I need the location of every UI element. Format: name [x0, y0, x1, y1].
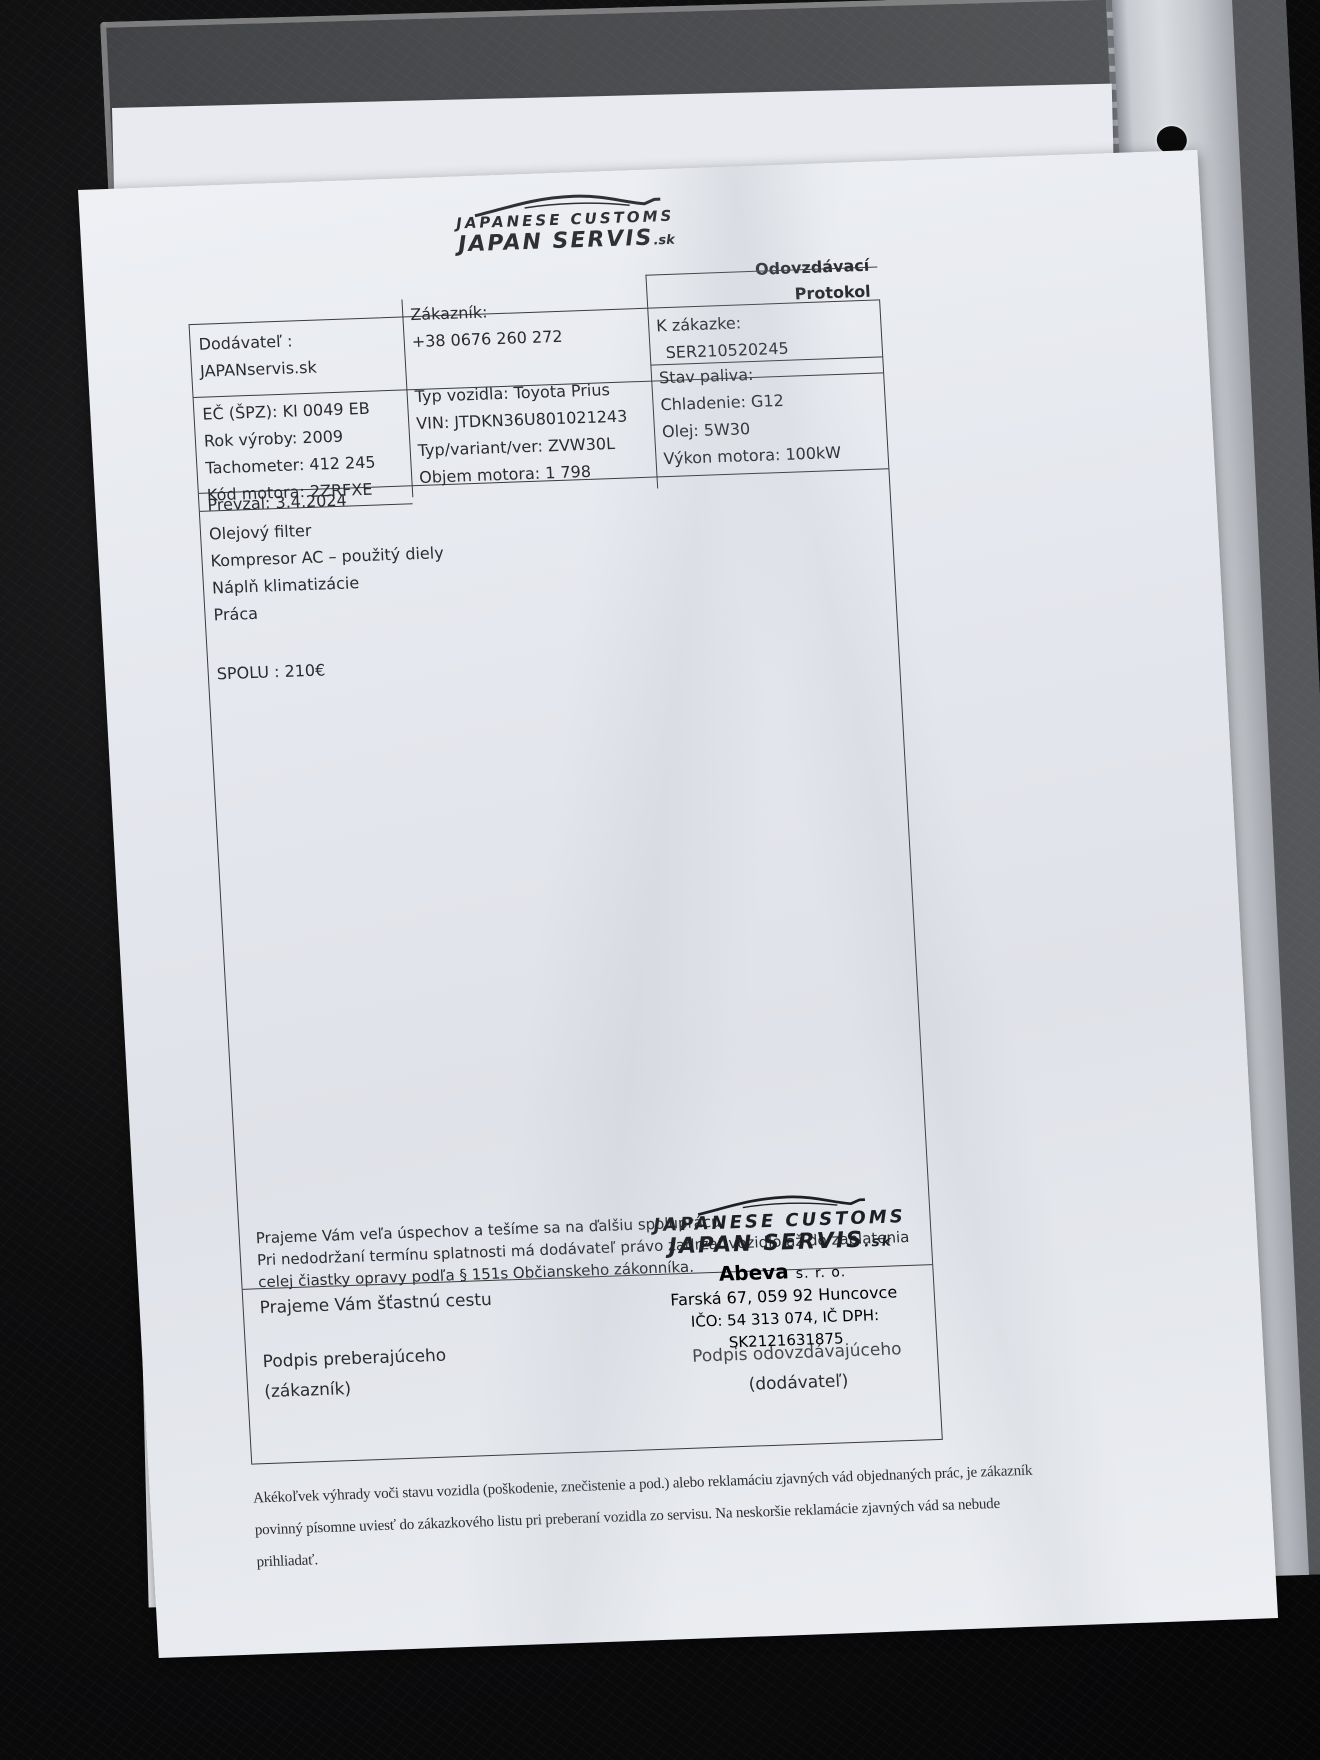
photo-scene: JAPANESE CUSTOMS JAPAN SERVIS.sk Odovzdá…: [0, 0, 1320, 1760]
stamp-logo-suffix: .sk: [864, 1234, 894, 1251]
disclaimer: Akékoľvek výhrady voči stavu vozidla (po…: [252, 1454, 1057, 1578]
fluids-cell: Stav paliva: Chladenie: G12 Olej: 5W30 V…: [650, 354, 850, 477]
service-items-list: Olejový filter Kompresor AC – použitý di…: [200, 508, 455, 633]
logo-suffix: .sk: [653, 233, 675, 249]
company-suffix: s. r. o.: [795, 1264, 846, 1282]
customer-signature: Podpis preberajúceho (zákazník): [254, 1336, 457, 1411]
vehicle-type-cell: Typ vozidla: Toyota Prius VIN: JTDKN36U8…: [406, 371, 639, 495]
total-amount: SPOLU : 210€: [208, 652, 334, 691]
company-stamp: JAPANESE CUSTOMS JAPAN SERVIS.sk Abeva s…: [628, 1187, 937, 1357]
engine-power: Výkon motora: 100kW: [663, 439, 842, 472]
wish-text: Prajeme Vám šťastnú cestu: [251, 1283, 501, 1327]
customer-signature-role: (zákazník): [263, 1371, 448, 1408]
protocol-table: Odovzdávací Protokol Dodávateľ : JAPANse…: [189, 299, 943, 1464]
company-name: Abeva: [718, 1259, 789, 1285]
supplier-cell: Dodávateľ : JAPANservis.sk: [190, 322, 326, 389]
header-logo: JAPANESE CUSTOMS JAPAN SERVIS.sk: [434, 188, 697, 258]
supplier-value: JAPANservis.sk: [199, 354, 317, 385]
customer-phone: +38 0676 260 272: [411, 323, 563, 355]
customer-cell: Zákazník: +38 0676 260 272: [401, 292, 571, 360]
supplier-label: Dodávateľ :: [198, 327, 316, 358]
handover-protocol-sheet: JAPANESE CUSTOMS JAPAN SERVIS.sk Odovzdá…: [78, 150, 1278, 1658]
